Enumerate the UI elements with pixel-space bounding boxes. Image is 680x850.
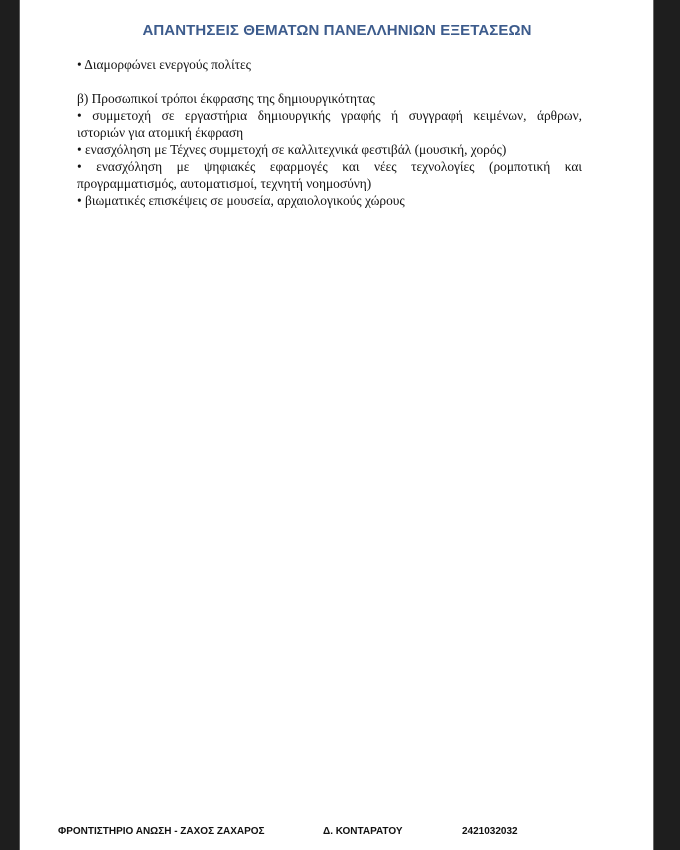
document-viewer: ΑΠΑΝΤΗΣΕΙΣ ΘΕΜΑΤΩΝ ΠΑΝΕΛΛΗΝΙΩΝ ΕΞΕΤΑΣΕΩΝ… bbox=[0, 0, 680, 850]
footer-author: Δ. ΚΟΝΤΑΡΑΤΟΥ bbox=[323, 826, 403, 837]
document-body: • Διαμορφώνει ενεργούς πολίτες β) Προσωπ… bbox=[77, 56, 582, 209]
intro-bullet: • Διαμορφώνει ενεργούς πολίτες bbox=[77, 56, 582, 73]
bullet-3-line-2: προγραμματισμός, αυτοματισμοί, τεχνητή ν… bbox=[77, 175, 582, 192]
bullet-1-line-2: ιστοριών για ατομική έκφραση bbox=[77, 124, 582, 141]
bullet-2-line-1: • ενασχόληση με Τέχνες συμμετοχή σε καλλ… bbox=[77, 141, 582, 158]
bullet-1-line-1: • συμμετοχή σε εργαστήρια δημιουργικής γ… bbox=[77, 107, 582, 124]
bullet-3-line-1: • ενασχόληση με ψηφιακές εφαρμογές και ν… bbox=[77, 158, 582, 175]
page-header-title: ΑΠΑΝΤΗΣΕΙΣ ΘΕΜΑΤΩΝ ΠΑΝΕΛΛΗΝΙΩΝ ΕΞΕΤΑΣΕΩΝ bbox=[20, 22, 654, 39]
section-b-heading: β) Προσωπικοί τρόποι έκφρασης της δημιου… bbox=[77, 90, 582, 107]
footer-phone: 2421032032 bbox=[462, 826, 518, 837]
bullet-4-line-1: • βιωματικές επισκέψεις σε μουσεία, αρχα… bbox=[77, 192, 582, 209]
document-page: ΑΠΑΝΤΗΣΕΙΣ ΘΕΜΑΤΩΝ ΠΑΝΕΛΛΗΝΙΩΝ ΕΞΕΤΑΣΕΩΝ… bbox=[20, 0, 654, 850]
footer-institution: ΦΡΟΝΤΙΣΤΗΡΙΟ ΑΝΩΣΗ - ΖΑΧΟΣ ΖΑΧΑΡΟΣ bbox=[58, 826, 265, 837]
blank-line bbox=[77, 73, 582, 90]
